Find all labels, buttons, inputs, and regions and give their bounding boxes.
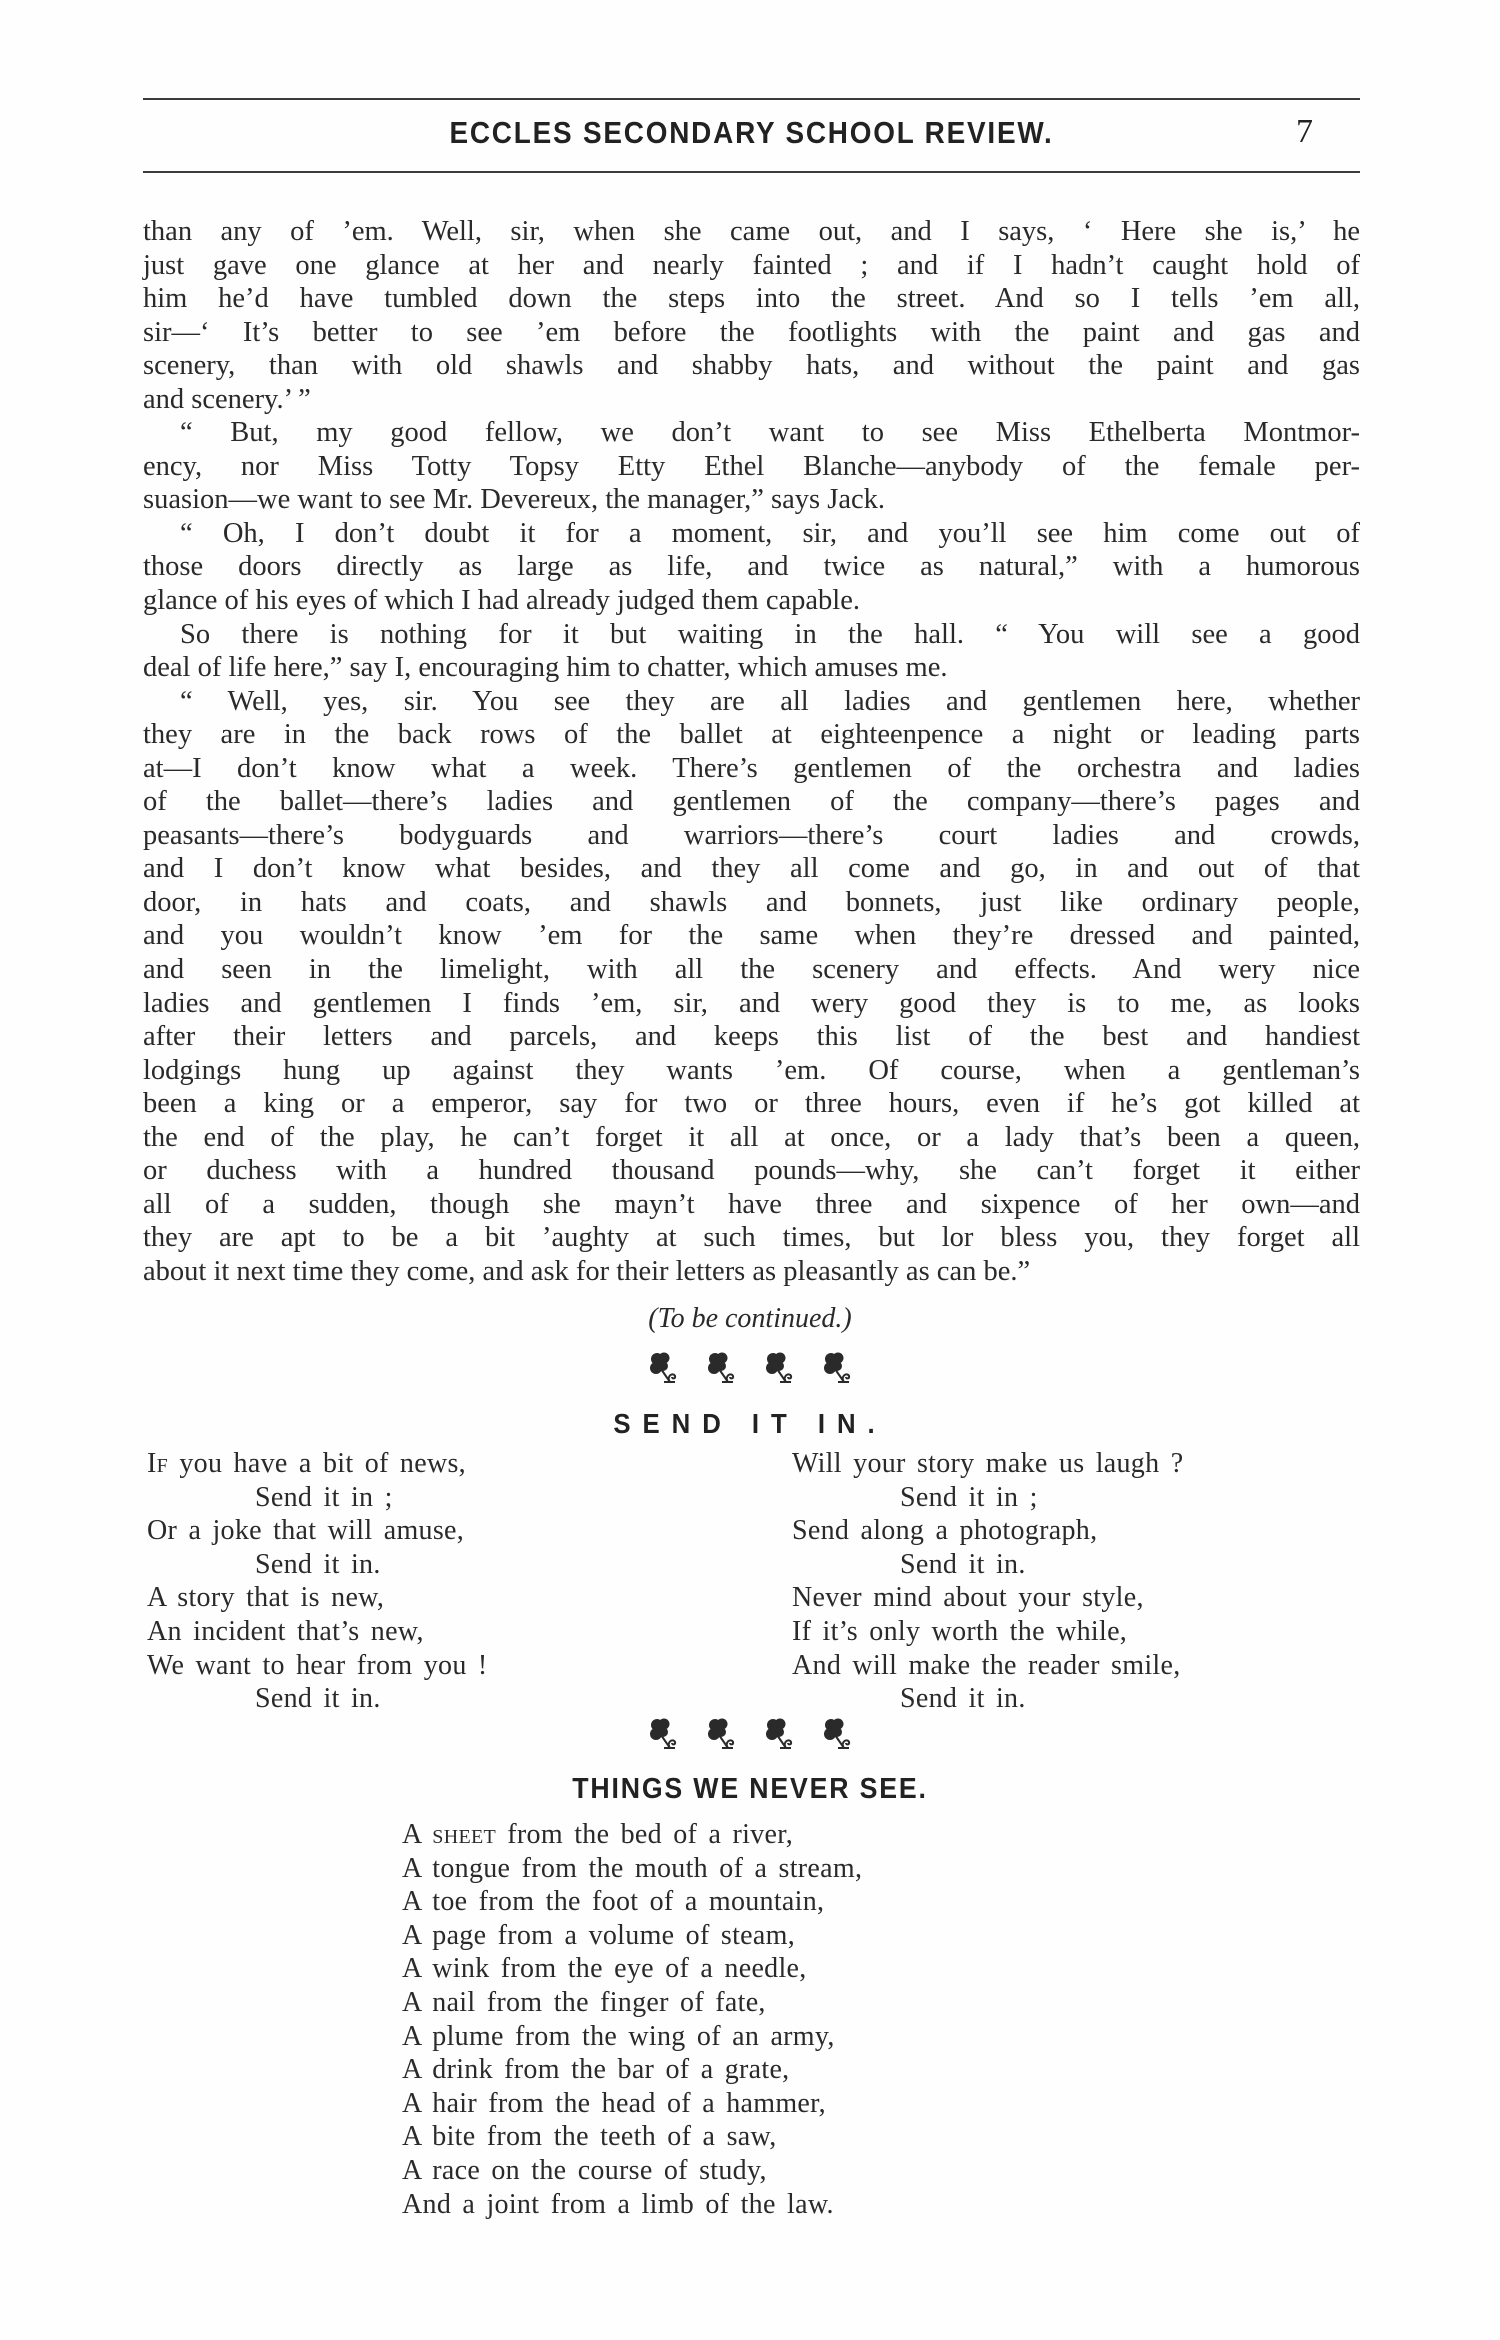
shamrock-fleuron-icon [648,1352,678,1386]
story-line: him he’d have tumbled down the steps int… [143,282,1360,316]
story-line: about it next time they come, and ask fo… [143,1255,1360,1289]
running-header-title: ECCLES SECONDARY SCHOOL REVIEW. [204,115,1299,151]
shamrock-fleuron-icon [706,1352,736,1386]
story-line: deal of life here,” say I, encouraging h… [143,651,1360,685]
poem-line: Will your story make us laugh ? [792,1447,1183,1481]
poem-line: A tongue from the mouth of a stream, [402,1852,862,1886]
story-line: of the ballet—there’s ladies and gentlem… [143,785,1360,819]
poem-refrain-line: Send it in. [792,1548,1183,1582]
poem-refrain-line: Send it in ; [792,1481,1183,1515]
poem-refrain-line: Send it in. [147,1682,488,1716]
shamrock-fleuron-icon [706,1718,736,1752]
story-line: they are in the back rows of the ballet … [143,718,1360,752]
shamrock-fleuron-icon [822,1718,852,1752]
story-line: So there is nothing for it but waiting i… [143,618,1360,652]
poem-line: Never mind about your style, [792,1581,1183,1615]
poem-line: A bite from the teeth of a saw, [402,2120,862,2154]
poem-line: Send along a photograph, [792,1514,1183,1548]
to-be-continued-note: (To be continued.) [0,1303,1500,1335]
story-line: sir—‘ It’s better to see ’em before the … [143,316,1360,350]
document-page: ECCLES SECONDARY SCHOOL REVIEW. 7 than a… [0,0,1500,2340]
story-line: or duchess with a hundred thousand pound… [143,1154,1360,1188]
shamrock-fleuron-icon [764,1352,794,1386]
story-line: “ But, my good fellow, we don’t want to … [143,416,1360,450]
poem-line: If you have a bit of news, [147,1447,488,1481]
poem-line: A hair from the head of a hammer, [402,2087,862,2121]
poem-line: We want to hear from you ! [147,1649,488,1683]
story-line: after their letters and parcels, and kee… [143,1020,1360,1054]
poem-line: And a joint from a limb of the law. [402,2188,862,2222]
story-line: at—I don’t know what a week. There’s gen… [143,752,1360,786]
poem-refrain-line: Send it in. [792,1682,1183,1716]
story-line: the end of the play, he can’t forget it … [143,1121,1360,1155]
poem-refrain-line: Send it in. [147,1548,488,1582]
poem-line: A story that is new, [147,1581,488,1615]
poem-line: A nail from the finger of fate, [402,1986,862,2020]
story-line: peasants—there’s bodyguards and warriors… [143,819,1360,853]
story-line: ladies and gentlemen I finds ’em, sir, a… [143,987,1360,1021]
story-line: all of a sudden, though she mayn’t have … [143,1188,1360,1222]
send-it-in-left-column: If you have a bit of news, Send it in ; … [147,1447,488,1716]
story-continuation: than any of ’em. Well, sir, when she cam… [143,215,1360,1289]
shamrock-fleuron-icon [648,1718,678,1752]
poem-line: A toe from the foot of a mountain, [402,1885,862,1919]
poem-line: An incident that’s new, [147,1615,488,1649]
story-line: and I don’t know what besides, and they … [143,852,1360,886]
story-line: been a king or a emperor, say for two or… [143,1087,1360,1121]
things-we-never-see-heading: THINGS WE NEVER SEE. [60,1773,1440,1806]
story-line: door, in hats and coats, and shawls and … [143,886,1360,920]
poem-initial-word: sheet [432,1819,496,1850]
shamrock-fleuron-icon [764,1718,794,1752]
poem-refrain-line: Send it in ; [147,1481,488,1515]
story-line: ency, nor Miss Totty Topsy Etty Ethel Bl… [143,450,1360,484]
story-line: lodgings hung up against they wants ’em.… [143,1054,1360,1088]
poem-line: A race on the course of study, [402,2154,862,2188]
send-it-in-heading: SEND IT IN. [60,1408,1440,1440]
story-line: and seen in the limelight, with all the … [143,953,1360,987]
story-line: they are apt to be a bit ’aughty at such… [143,1221,1360,1255]
poem-line: A page from a volume of steam, [402,1919,862,1953]
story-line: those doors directly as large as life, a… [143,550,1360,584]
poem-line: A drink from the bar of a grate, [402,2053,862,2087]
ornament-divider [0,1352,1500,1391]
poem-line: Or a joke that will amuse, [147,1514,488,1548]
story-line: scenery, than with old shawls and shabby… [143,349,1360,383]
shamrock-fleuron-icon [822,1352,852,1386]
story-line: “ Well, yes, sir. You see they are all l… [143,685,1360,719]
story-line: just gave one glance at her and nearly f… [143,249,1360,283]
poem-line: If it’s only worth the while, [792,1615,1183,1649]
ornament-divider [0,1718,1500,1757]
page-number: 7 [1296,113,1313,151]
story-line: than any of ’em. Well, sir, when she cam… [143,215,1360,249]
poem-line: A plume from the wing of an army, [402,2020,862,2054]
poem-initial-word: If [147,1448,168,1479]
poem-line: A wink from the eye of a needle, [402,1952,862,1986]
story-line: glance of his eyes of which I had alread… [143,584,1360,618]
things-we-never-see-poem: A sheet from the bed of a river, A tongu… [402,1818,862,2221]
poem-line: A sheet from the bed of a river, [402,1818,862,1852]
header-rule-top [143,98,1360,100]
send-it-in-right-column: Will your story make us laugh ? Send it … [792,1447,1183,1716]
story-line: “ Oh, I don’t doubt it for a moment, sir… [143,517,1360,551]
story-line: and you wouldn’t know ’em for the same w… [143,919,1360,953]
poem-line: And will make the reader smile, [792,1649,1183,1683]
story-line: suasion—we want to see Mr. Devereux, the… [143,483,1360,517]
story-line: and scenery.’ ” [143,383,1360,417]
header-rule-bottom [143,171,1360,173]
